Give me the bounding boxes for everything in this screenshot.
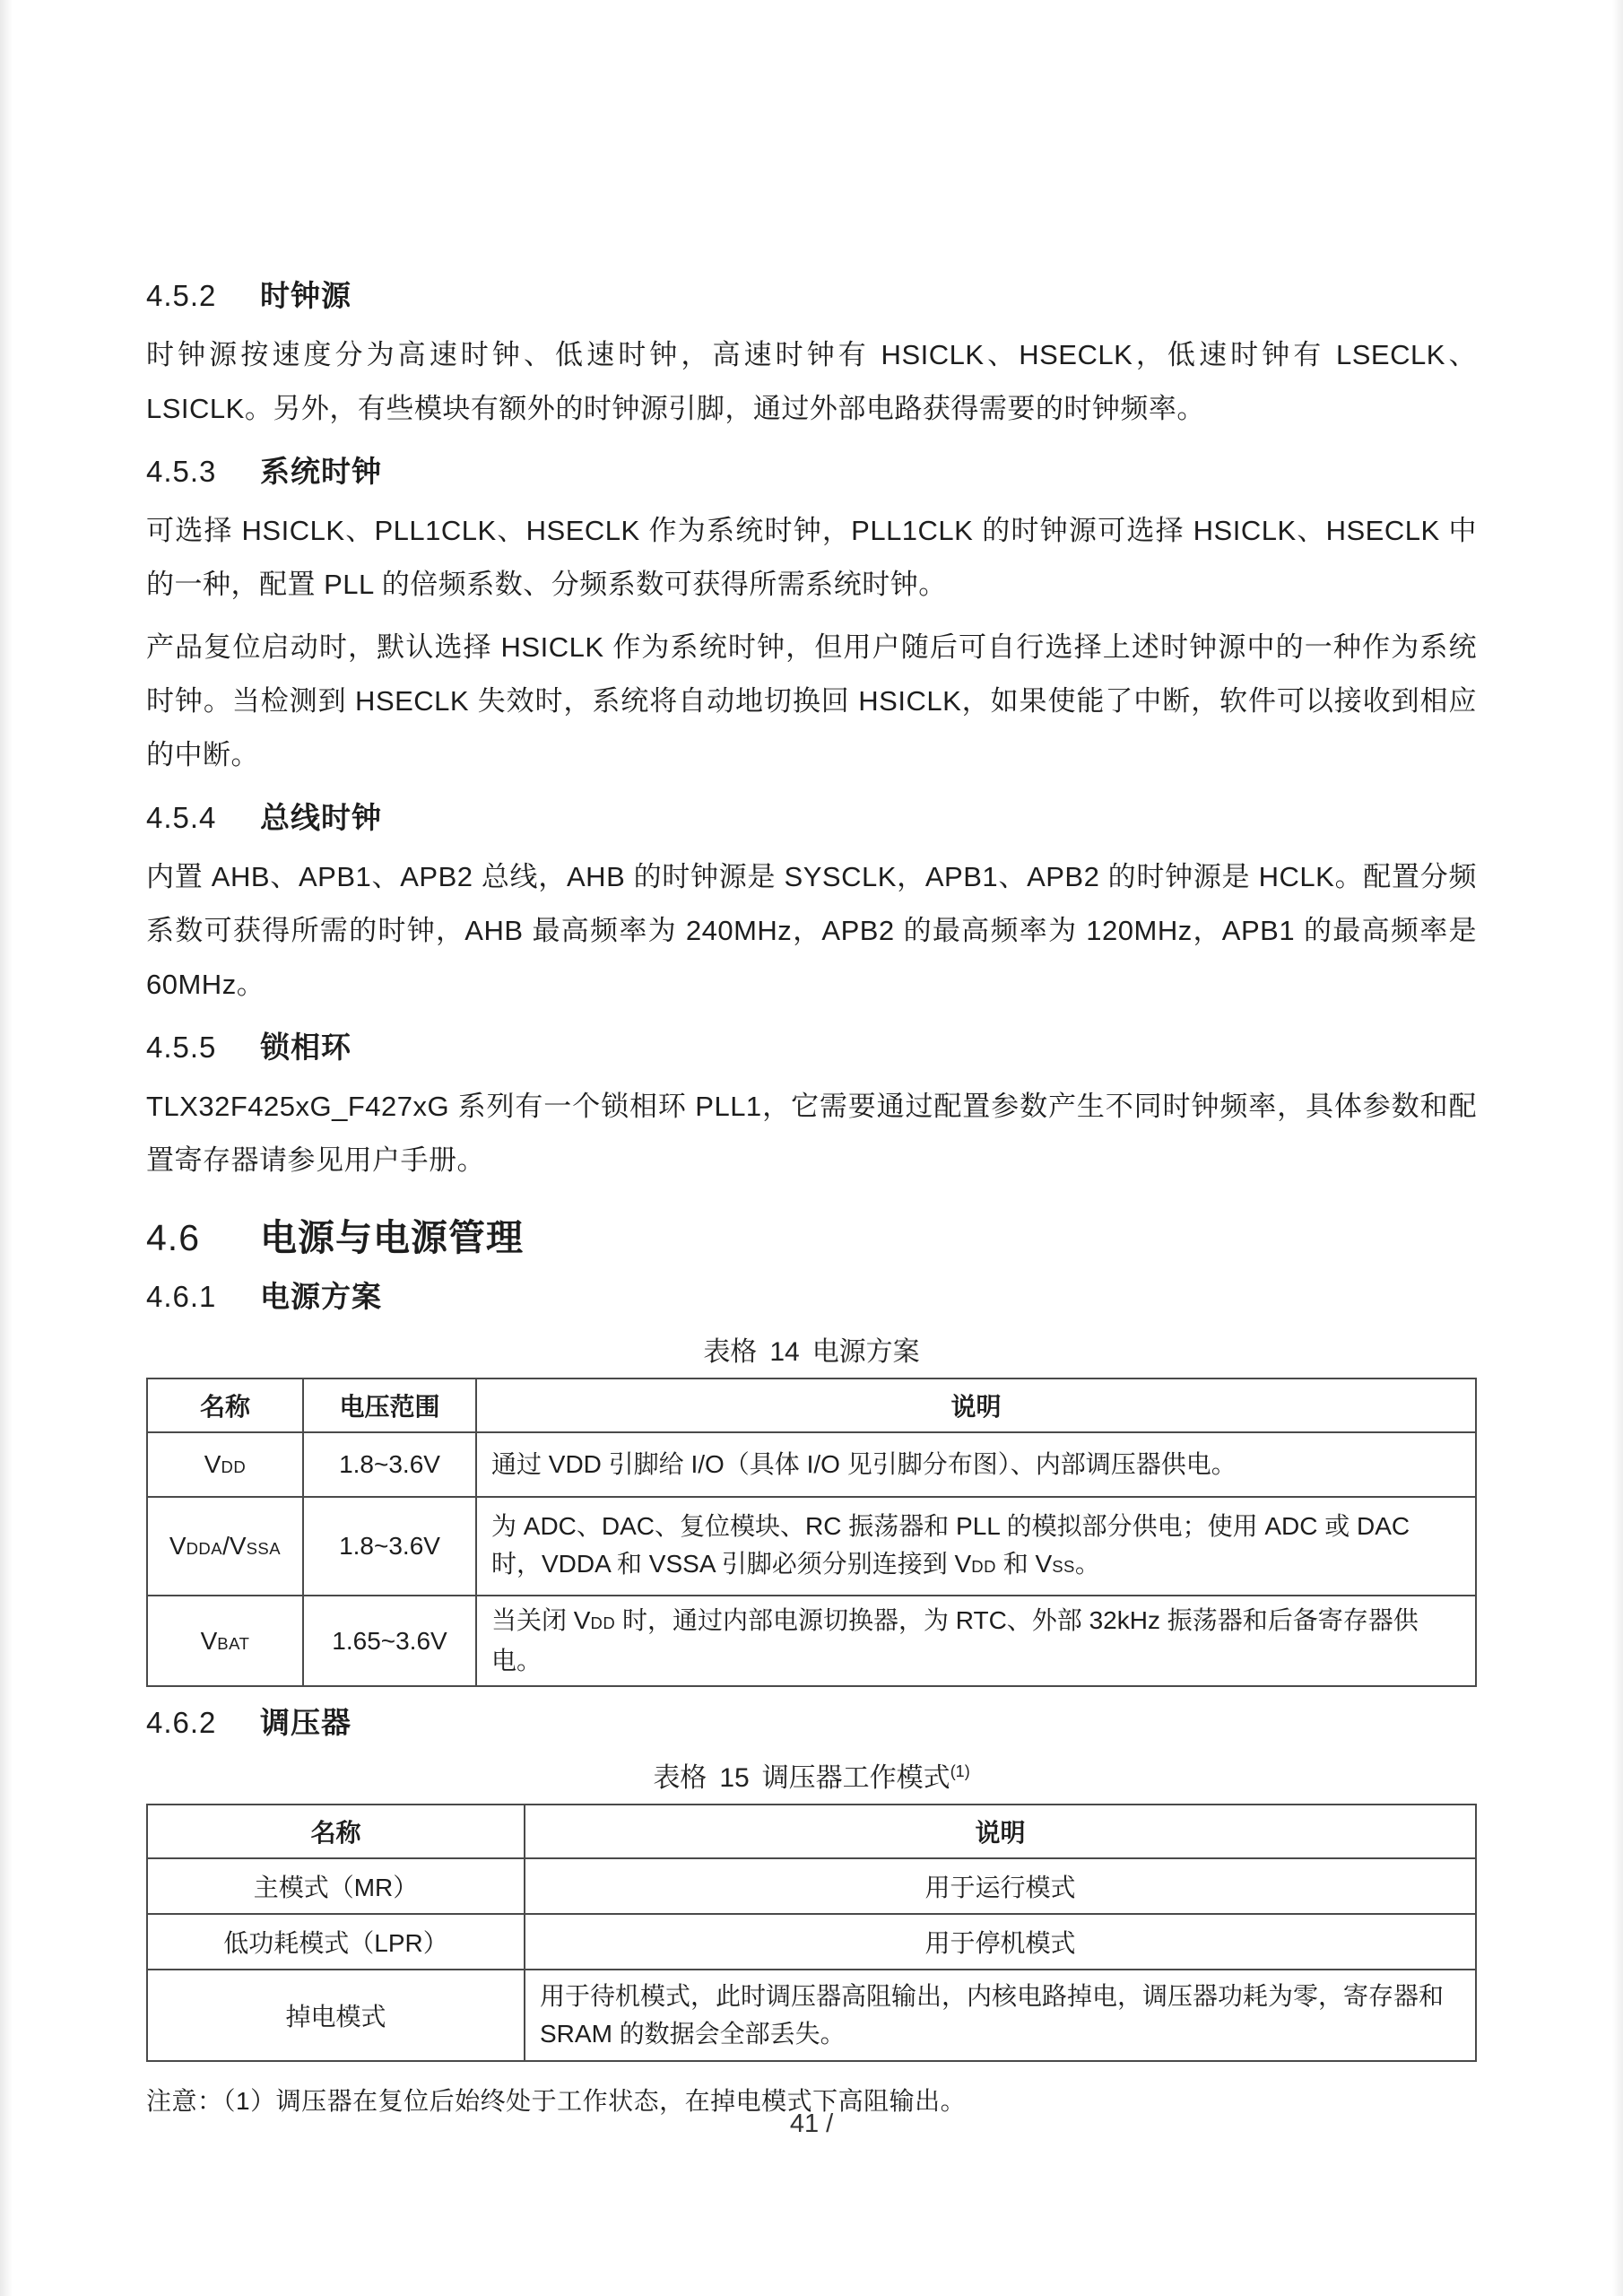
description-text: 当关闭 V [491, 1606, 590, 1634]
section-title: 电源方案 [260, 1280, 382, 1313]
paragraph: 可选择 HSICLK、PLL1CLK、HSECLK 作为系统时钟，PLL1CLK… [146, 504, 1477, 612]
cell-mode-name: 主模式（MR） [147, 1858, 525, 1914]
signal-name: /V [222, 1532, 246, 1560]
section-title: 锁相环 [260, 1031, 352, 1064]
caption-number: 14 [769, 1337, 799, 1367]
cell-voltage-range: 1.8~3.6V [303, 1432, 476, 1497]
table-row: 掉电模式 用于待机模式，此时调压器高阻输出，内核电路掉电，调压器功耗为零，寄存器… [147, 1970, 1476, 2061]
section-heading-4-5-5: 4.5.5锁相环 [146, 1028, 1477, 1067]
table-15-caption: 表格15调压器工作模式(1) [146, 1755, 1477, 1795]
signal-subscript: SS [1052, 1557, 1075, 1576]
signal-subscript: SSA [247, 1539, 282, 1558]
section-title: 电源与电源管理 [260, 1217, 524, 1258]
cell-mode-description: 用于停机模式 [525, 1914, 1476, 1970]
signal-name: V [204, 1450, 221, 1478]
signal-subscript: DD [971, 1557, 996, 1576]
description-text: 时，通过内部电源切换器，为 RTC、外部 32kHz 振荡器和后备寄存器供电。 [491, 1606, 1419, 1674]
table-row: 主模式（MR） 用于运行模式 [147, 1858, 1476, 1914]
table-row: 低功耗模式（LPR） 用于停机模式 [147, 1914, 1476, 1970]
section-heading-4-5-3: 4.5.3系统时钟 [146, 452, 1477, 491]
scan-edge-left [0, 0, 13, 2296]
cell-name-vbat: VBAT [147, 1596, 303, 1686]
caption-number: 15 [719, 1763, 749, 1793]
signal-name: V [201, 1627, 218, 1655]
cell-mode-description: 用于运行模式 [525, 1858, 1476, 1914]
signal-subscript: DD [221, 1457, 246, 1476]
section-heading-4-6-1: 4.6.1电源方案 [146, 1277, 1477, 1317]
cell-name-vdd: VDD [147, 1432, 303, 1497]
section-number: 4.5.2 [146, 276, 260, 316]
section-heading-4-5-2: 4.5.2时钟源 [146, 276, 1477, 316]
table-row: VBAT 1.65~3.6V 当关闭 VDD 时，通过内部电源切换器，为 RTC… [147, 1596, 1476, 1686]
description-text: 为 ADC、DAC、复位模块、RC 振荡器和 PLL 的模拟部分供电；使用 AD… [491, 1512, 1410, 1578]
table-14-caption: 表格14电源方案 [146, 1329, 1477, 1369]
column-header-voltage-range: 电压范围 [303, 1378, 476, 1432]
section-number: 4.6.2 [146, 1703, 260, 1743]
section-number: 4.5.3 [146, 452, 260, 491]
cell-mode-name: 低功耗模式（LPR） [147, 1914, 525, 1970]
cell-mode-description: 用于待机模式，此时调压器高阻输出，内核电路掉电，调压器功耗为零，寄存器和 SRA… [525, 1970, 1476, 2061]
document-page: 4.5.2时钟源 时钟源按速度分为高速时钟、低速时钟，高速时钟有 HSICLK、… [0, 0, 1623, 2296]
caption-footnote-marker: (1) [950, 1762, 970, 1780]
table-15-regulator-modes: 名称 说明 主模式（MR） 用于运行模式 低功耗模式（LPR） 用于停机模式 掉… [146, 1804, 1477, 2062]
section-heading-4-6: 4.6电源与电源管理 [146, 1214, 1477, 1261]
signal-subscript: DD [590, 1613, 615, 1632]
section-number: 4.5.5 [146, 1028, 260, 1067]
section-heading-4-6-2: 4.6.2调压器 [146, 1703, 1477, 1743]
table-header-row: 名称 电压范围 说明 [147, 1378, 1476, 1432]
table-14-power-scheme: 名称 电压范围 说明 VDD 1.8~3.6V 通过 VDD 引脚给 I/O（具… [146, 1378, 1477, 1687]
section-heading-4-5-4: 4.5.4总线时钟 [146, 798, 1477, 838]
description-text: 和 V [996, 1550, 1052, 1578]
column-header-description: 说明 [476, 1378, 1476, 1432]
signal-name: V [169, 1532, 187, 1560]
caption-label: 表格 [703, 1337, 757, 1367]
table-row: VDDA/VSSA 1.8~3.6V 为 ADC、DAC、复位模块、RC 振荡器… [147, 1497, 1476, 1596]
table-row: VDD 1.8~3.6V 通过 VDD 引脚给 I/O（具体 I/O 见引脚分布… [147, 1432, 1476, 1497]
cell-voltage-range: 1.8~3.6V [303, 1497, 476, 1596]
caption-label: 表格 [653, 1763, 707, 1793]
column-header-description: 说明 [525, 1805, 1476, 1858]
caption-title: 调压器工作模式 [762, 1763, 950, 1793]
section-title: 调压器 [260, 1706, 352, 1739]
section-number: 4.5.4 [146, 798, 260, 838]
section-title: 系统时钟 [260, 455, 382, 488]
signal-subscript: BAT [217, 1634, 249, 1653]
cell-name-vdda-vssa: VDDA/VSSA [147, 1497, 303, 1596]
cell-description: 通过 VDD 引脚给 I/O（具体 I/O 见引脚分布图）、内部调压器供电。 [476, 1432, 1476, 1497]
section-title: 时钟源 [260, 279, 352, 312]
page-number: 41 / [0, 2109, 1623, 2139]
section-number: 4.6.1 [146, 1277, 260, 1317]
signal-subscript: DDA [187, 1539, 223, 1558]
paragraph: TLX32F425xG_F427xG 系列有一个锁相环 PLL1，它需要通过配置… [146, 1080, 1477, 1187]
cell-mode-name: 掉电模式 [147, 1970, 525, 2061]
column-header-name: 名称 [147, 1378, 303, 1432]
paragraph: 内置 AHB、APB1、APB2 总线，AHB 的时钟源是 SYSCLK，APB… [146, 850, 1477, 1012]
cell-description: 为 ADC、DAC、复位模块、RC 振荡器和 PLL 的模拟部分供电；使用 AD… [476, 1497, 1476, 1596]
cell-description: 当关闭 VDD 时，通过内部电源切换器，为 RTC、外部 32kHz 振荡器和后… [476, 1596, 1476, 1686]
scan-edge-right [1612, 0, 1623, 2296]
caption-title: 电源方案 [812, 1337, 920, 1367]
table-header-row: 名称 说明 [147, 1805, 1476, 1858]
paragraph: 产品复位启动时，默认选择 HSICLK 作为系统时钟，但用户随后可自行选择上述时… [146, 621, 1477, 782]
section-number: 4.6 [146, 1214, 260, 1261]
section-title: 总线时钟 [260, 801, 382, 834]
column-header-name: 名称 [147, 1805, 525, 1858]
description-text: 。 [1075, 1550, 1100, 1578]
paragraph: 时钟源按速度分为高速时钟、低速时钟，高速时钟有 HSICLK、HSECLK，低速… [146, 328, 1477, 436]
cell-voltage-range: 1.65~3.6V [303, 1596, 476, 1686]
